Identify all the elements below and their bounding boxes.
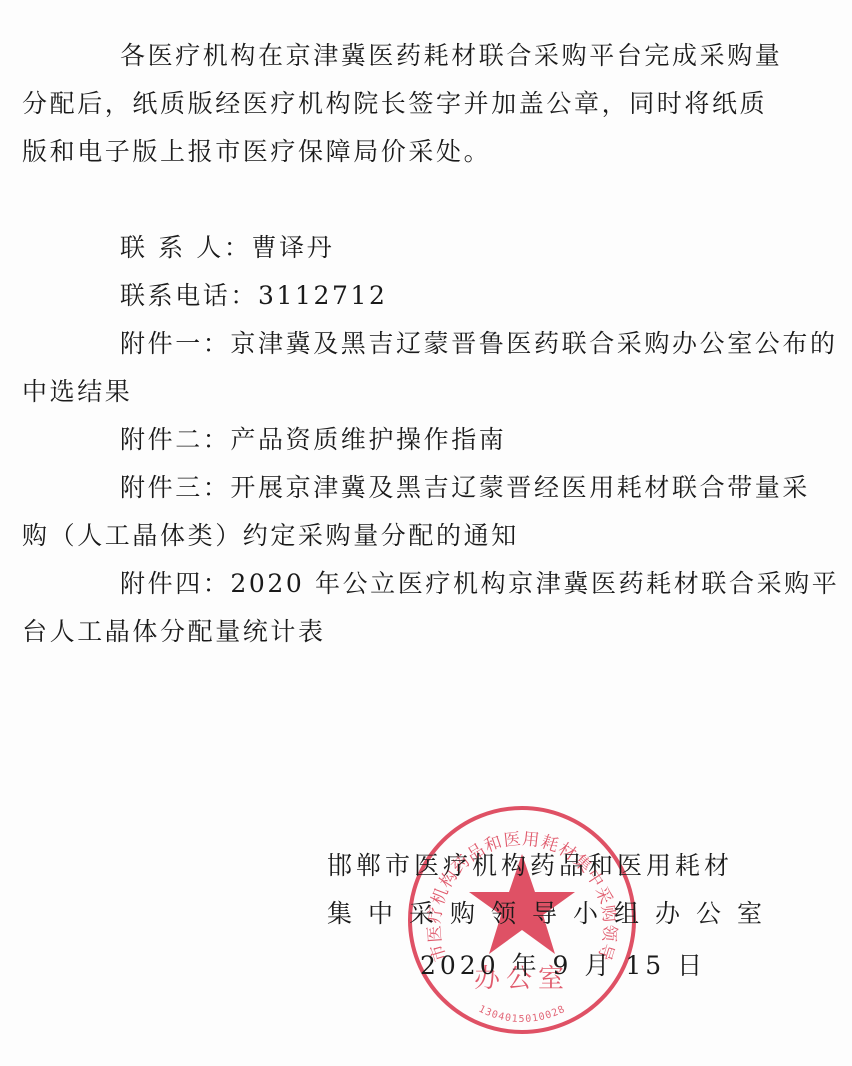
attachment-1-title-line-1: 京津冀及黑吉辽蒙晋鲁医药联合采购办公室公布的 [230,329,837,358]
attachment-2-label: 附件二： [120,425,230,454]
attachment-2: 附件二：产品资质维护操作指南 [120,424,506,456]
signature-org-line-2: 集中采购领导小组办公室 [327,898,778,930]
signature-org-line-1: 邯郸市医疗机构药品和医用耗材 [327,850,733,882]
attachment-3-title-line-2: 购（人工晶体类）约定采购量分配的通知 [22,520,519,552]
contact-phone: 联系电话：3112712 [120,280,388,312]
attachment-4-title-line-1: 2020 年公立医疗机构京津冀医药耗材联合采购平 [230,569,839,598]
body-line-2: 分配后，纸质版经医疗机构院长签字并加盖公章，同时将纸质 [22,88,767,120]
seal-code: 1304015010028 [477,1004,568,1025]
document-page: 各医疗机构在京津冀医药耗材联合采购平台完成采购量 分配后，纸质版经医疗机构院长签… [0,0,852,1066]
attachment-4: 附件四：2020 年公立医疗机构京津冀医药耗材联合采购平 [120,568,839,600]
attachment-3-title-line-1: 开展京津冀及黑吉辽蒙晋经医用耗材联合带量采 [230,473,810,502]
attachment-1-label: 附件一： [120,329,230,358]
attachment-4-label: 附件四： [120,569,230,598]
body-line-1: 各医疗机构在京津冀医药耗材联合采购平台完成采购量 [120,40,782,72]
attachment-3: 附件三：开展京津冀及黑吉辽蒙晋经医用耗材联合带量采 [120,472,810,504]
contact-person-name: 曹译丹 [252,233,335,262]
contact-person-label: 联 系 人： [120,233,252,262]
svg-text:1304015010028: 1304015010028 [477,1004,568,1025]
attachment-1-title-line-2: 中选结果 [22,376,132,408]
attachment-3-label: 附件三： [120,473,230,502]
contact-person: 联 系 人：曹译丹 [120,232,334,264]
attachment-2-title: 产品资质维护操作指南 [230,425,506,454]
seal-arc-text: 邯郸市医疗机构药品和医用耗材集中采购领导小组 [404,802,619,964]
attachment-1: 附件一：京津冀及黑吉辽蒙晋鲁医药联合采购办公室公布的 [120,328,838,360]
body-line-3: 版和电子版上报市医疗保障局价采处。 [22,136,491,168]
contact-phone-label: 联系电话： [120,281,258,310]
svg-text:邯郸市医疗机构药品和医用耗材集中采购领导小组: 邯郸市医疗机构药品和医用耗材集中采购领导小组 [404,802,619,964]
contact-phone-number: 3112712 [258,281,388,310]
attachment-4-title-line-2: 台人工晶体分配量统计表 [22,616,326,648]
signature-date: 2020 年 9 月 15 日 [420,950,706,982]
